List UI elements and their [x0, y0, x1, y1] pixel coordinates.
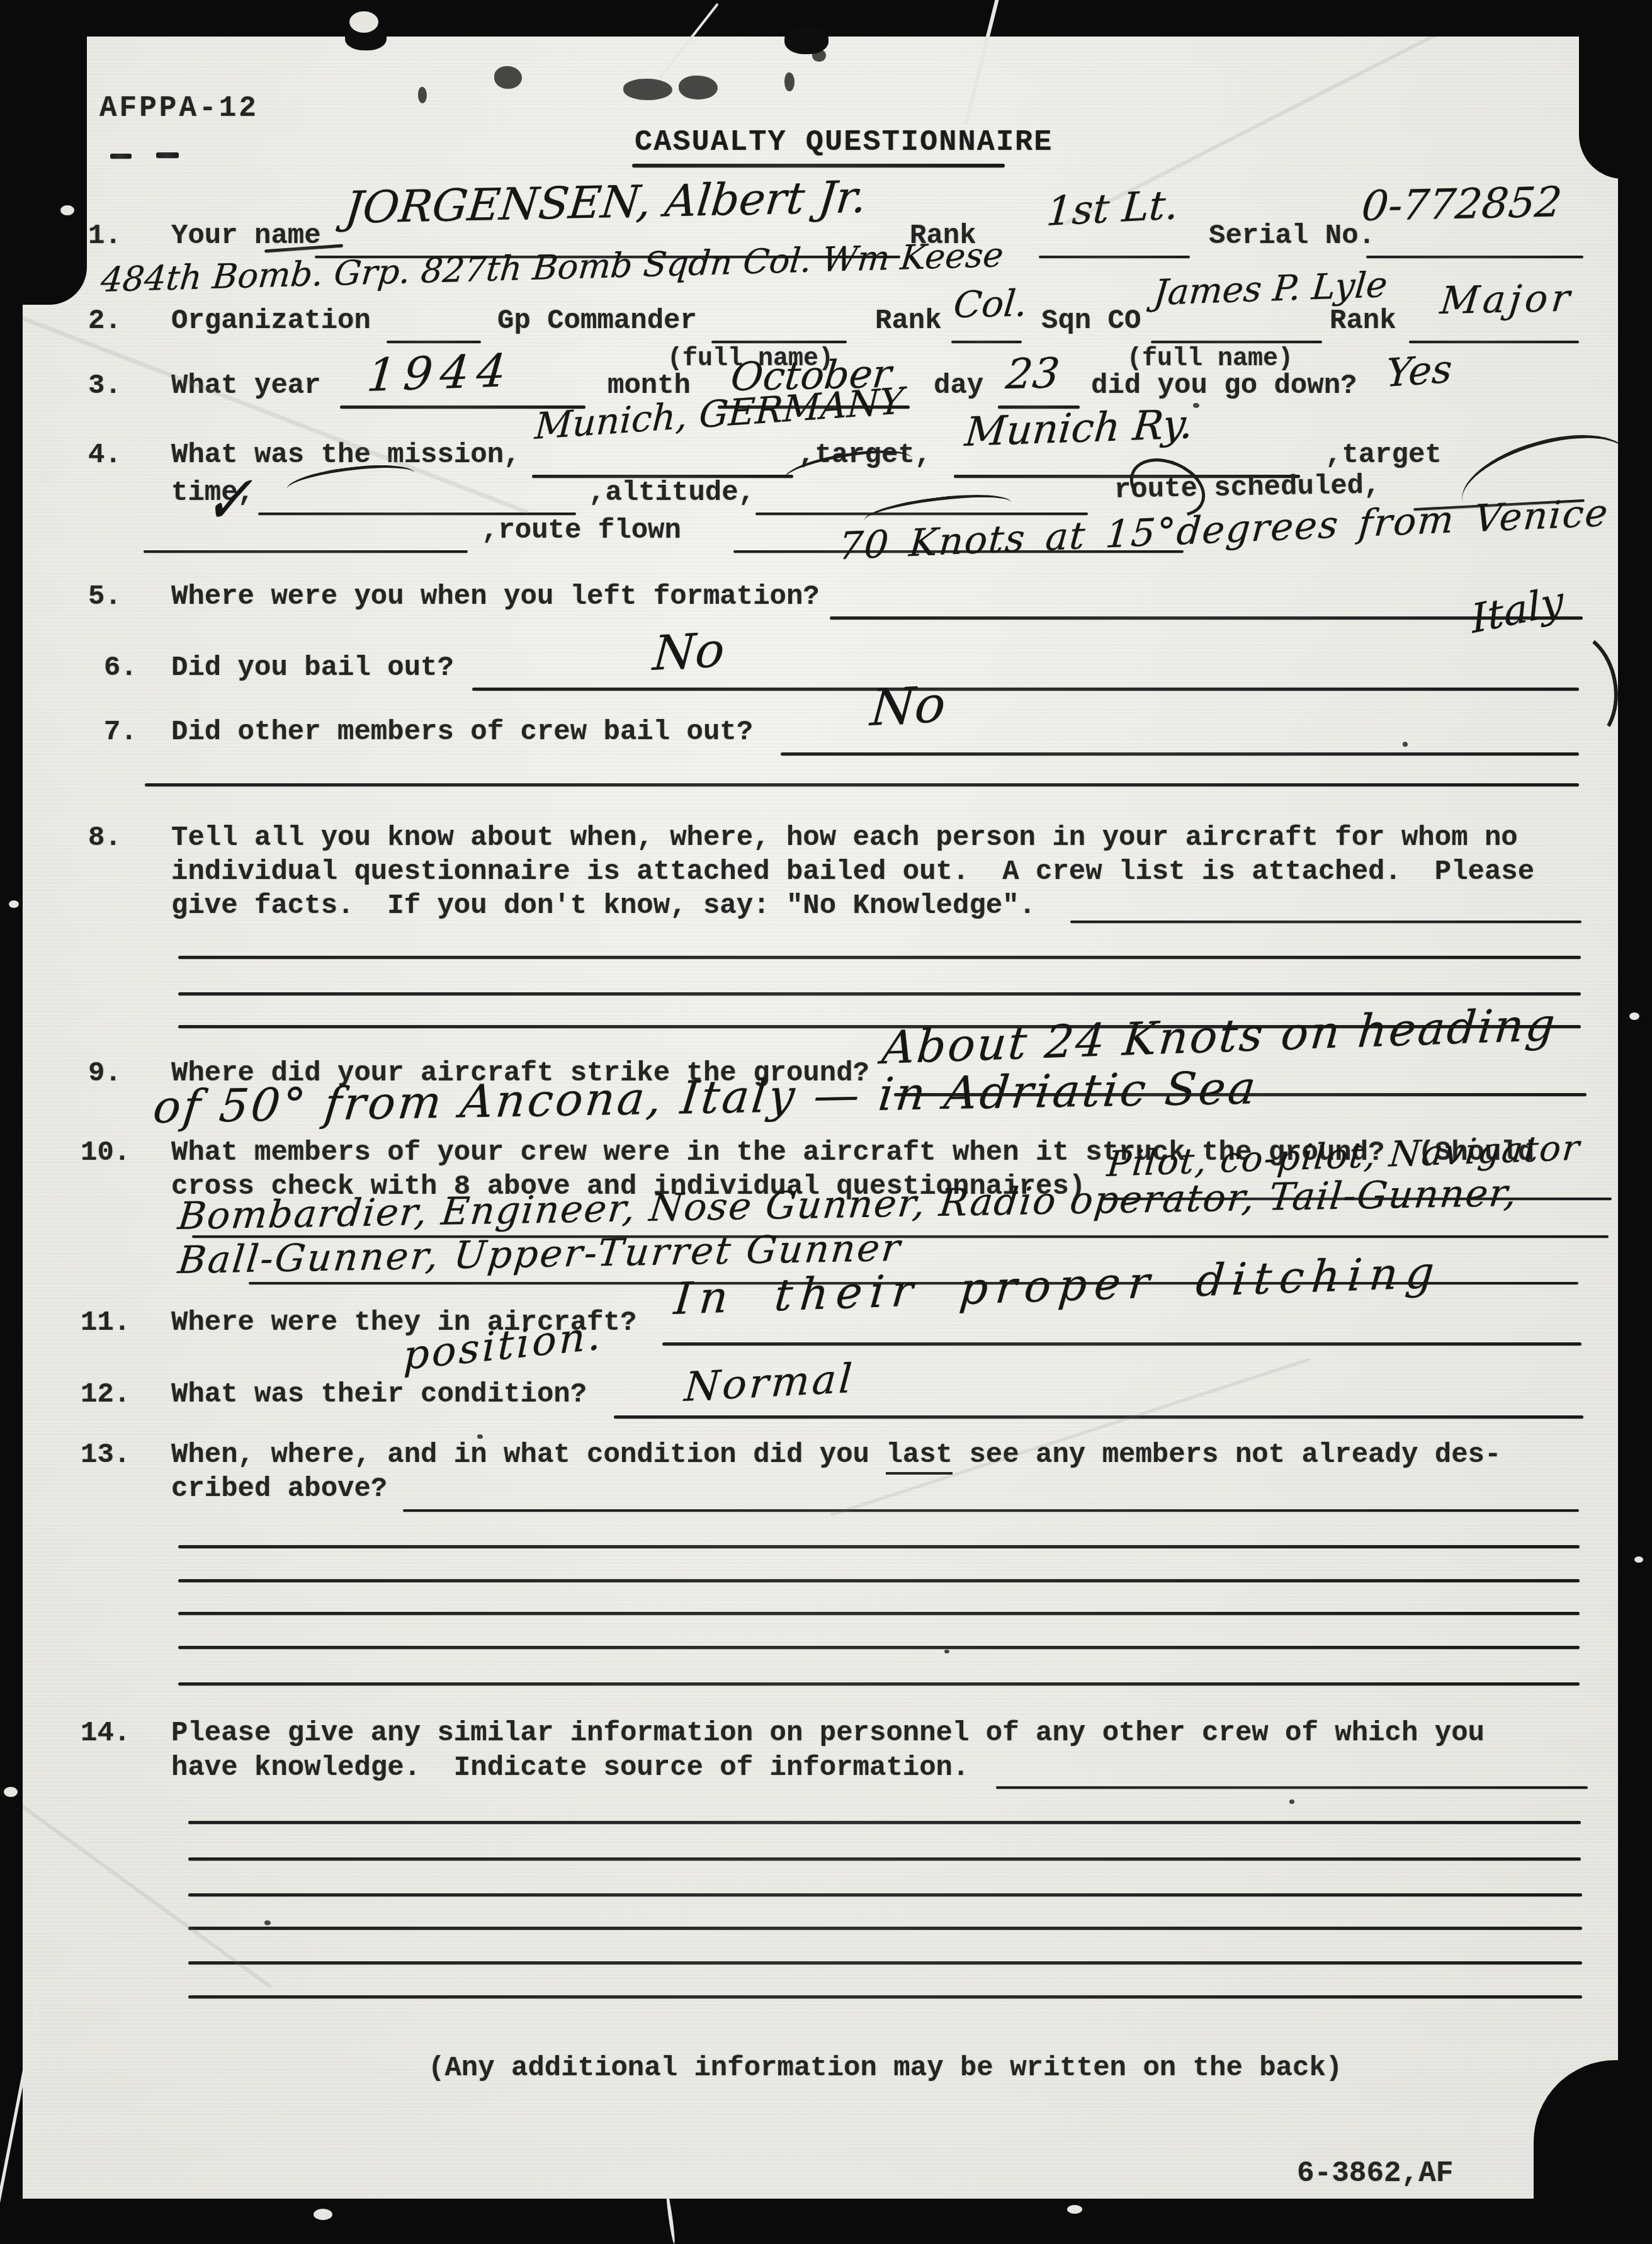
ink-smudge	[944, 1650, 949, 1653]
ink-smudge	[477, 1434, 483, 1439]
film-speck	[4, 1787, 18, 1797]
blank-line	[145, 783, 1579, 786]
q1-rank-line	[1039, 256, 1190, 258]
q14-line1: Please give any similar information on p…	[171, 1719, 1485, 1748]
film-speck	[9, 900, 19, 908]
ink-smudge	[784, 72, 795, 91]
blank-line	[188, 1995, 1582, 1998]
q2-rank2-line	[1409, 341, 1579, 343]
scan-border-top	[0, 0, 1652, 37]
film-speck	[38, 471, 54, 484]
ink-smudge	[264, 1920, 271, 1925]
q4-label-target2: ,target	[1325, 441, 1442, 470]
q13-line1-post: see any members not already des-	[953, 1439, 1501, 1471]
pen-checkmark: ✓	[201, 467, 254, 534]
q6-number: 6.	[104, 654, 137, 683]
q3-number: 3.	[88, 371, 122, 400]
blank-line	[188, 1821, 1581, 1824]
q2-answer-rank1: Col.	[952, 285, 1029, 323]
q2-label-rank2: Rank	[1330, 307, 1396, 336]
q1-number: 1.	[88, 222, 122, 251]
q6-label: Did you bail out?	[171, 654, 454, 683]
q2-answer-rank2: Major	[1439, 280, 1575, 320]
ink-smudge	[679, 76, 718, 99]
q12-number: 12.	[81, 1380, 130, 1409]
q7-number: 7.	[104, 718, 137, 747]
q8-line3: give facts. If you don't know, say: "No …	[171, 892, 1036, 921]
q2-answer-sqn-co: James P. Lyle	[1152, 268, 1389, 311]
q1-answer-name: JORGENSEN, Albert Jr.	[343, 175, 869, 230]
q3-answer-went-down: Yes	[1385, 349, 1453, 393]
q2-org-line	[387, 341, 481, 343]
q5-label: Where were you when you left formation?	[171, 582, 820, 611]
q5-number: 5.	[88, 582, 122, 611]
q1-label-your-name: Your name	[171, 222, 321, 251]
q2-label-organization: Organization	[171, 307, 371, 336]
page-title: CASUALTY QUESTIONNAIRE	[635, 127, 1053, 158]
ink-smudge	[1403, 742, 1408, 747]
scan-border-right	[1618, 0, 1652, 2244]
blank-line	[178, 956, 1581, 959]
blank-line	[178, 1682, 1580, 1686]
film-speck	[349, 11, 378, 33]
q13-line1: When, where, and in what condition did y…	[171, 1441, 1501, 1470]
pen-tail	[1522, 623, 1627, 754]
blank-line	[188, 1961, 1582, 1964]
q12-answer: Normal	[683, 1359, 856, 1408]
film-blob	[784, 26, 829, 54]
title-underline	[632, 164, 1005, 167]
q4-number: 4.	[88, 441, 122, 470]
q7-label: Did other members of crew bail out?	[171, 718, 753, 747]
q6-answer-line	[472, 688, 1579, 691]
scan-corner-bottom-right	[1534, 2060, 1652, 2244]
ink-smudge	[494, 66, 522, 89]
q2-number: 2.	[88, 307, 122, 336]
scan-corner-top-left	[0, 0, 87, 305]
q14-answer-line	[996, 1786, 1588, 1789]
q8-number: 8.	[88, 824, 122, 853]
q13-answer-line	[403, 1509, 1579, 1512]
blank-line	[178, 992, 1581, 995]
q12-label: What was their condition?	[171, 1380, 587, 1409]
blank-line	[178, 1646, 1580, 1649]
film-speck	[1629, 1012, 1639, 1020]
q2-label-sqn-co: Sqn CO	[1041, 307, 1141, 336]
q2-label-rank1: Rank	[875, 307, 942, 336]
q1-label-serial: Serial No.	[1209, 222, 1375, 251]
scan-border-left	[0, 0, 23, 2244]
q11-answer-line	[662, 1342, 1581, 1346]
q4-label-route-flown: ,route flown	[482, 516, 681, 545]
q14-number: 14.	[81, 1719, 130, 1748]
q2-rank1-line	[951, 341, 1022, 343]
q13-underlined-word: last	[886, 1439, 953, 1475]
film-speck	[1067, 2205, 1082, 2214]
q3-answer-day: 23	[1004, 353, 1061, 395]
q8-line1: Tell all you know about when, where, how…	[171, 824, 1518, 853]
q13-line2: cribed above?	[171, 1475, 387, 1504]
q9-answer-line1: About 24 Knots on heading	[880, 1002, 1559, 1070]
ink-smudge	[1289, 1799, 1294, 1804]
ink-smudge	[418, 87, 427, 103]
film-speck	[314, 2209, 332, 2220]
q3-label-day: day	[934, 371, 983, 400]
doc-number: 6-3862,AF	[1297, 2158, 1453, 2189]
q1-answer-serial: 0-772852	[1360, 181, 1564, 227]
scan-corner-top-right	[1579, 0, 1652, 179]
blank-line	[178, 1579, 1580, 1582]
q7-answer: No	[869, 679, 947, 734]
q4-label-altitude: ,altitude,	[589, 479, 755, 507]
q12-answer-line	[614, 1415, 1583, 1419]
film-speck	[1634, 1556, 1643, 1563]
q14-line2: have knowledge. Indicate source of infor…	[171, 1754, 969, 1782]
q2-label-gp-commander: Gp Commander	[497, 307, 697, 336]
q10-number: 10.	[81, 1138, 130, 1167]
form-number: AFPPA-12	[99, 93, 259, 123]
q1-serial-line	[1366, 256, 1583, 258]
film-speck	[60, 205, 74, 215]
blank-line	[188, 1893, 1582, 1896]
q5-answer-line	[830, 616, 1583, 620]
blank-line	[178, 1612, 1580, 1615]
q5-answer-line2: Italy	[1469, 581, 1565, 640]
blank-line	[188, 1857, 1581, 1861]
q8-answer-line	[1070, 921, 1581, 923]
casualty-questionnaire-scan: AFPPA-12 CASUALTY QUESTIONNAIRE 1. Your …	[0, 0, 1652, 2244]
q13-line1-pre: When, where, and in what condition did y…	[171, 1439, 886, 1471]
ink-smudge	[623, 79, 672, 100]
q2-sqn-line	[1151, 341, 1322, 343]
q9-number: 9.	[88, 1059, 122, 1088]
scan-border-bottom	[0, 2199, 1652, 2244]
q4-answer-mission: Munich, GERMANY	[534, 383, 905, 445]
footer-note: (Any additional information may be writt…	[428, 2054, 1342, 2083]
q2-gp-line	[711, 341, 847, 343]
form-number-dash	[110, 154, 132, 159]
q6-answer: No	[652, 626, 726, 677]
q11-number: 11.	[81, 1308, 130, 1337]
paper-crease	[830, 1358, 1310, 1517]
q7-answer-line	[781, 752, 1579, 756]
q4-answer-target: Munich Ry.	[963, 404, 1195, 453]
q2-full-name-hint: (full name)	[1127, 346, 1293, 373]
q4-line3-left	[144, 550, 468, 553]
q13-number: 13.	[81, 1441, 130, 1470]
q3-label-did-you-go-down: did you go down?	[1091, 371, 1357, 400]
blank-line	[188, 1927, 1582, 1930]
q8-line2: individual questionnaire is attached bai…	[171, 858, 1534, 887]
form-number-dash	[156, 152, 179, 158]
q3-answer-year: 1944	[365, 348, 515, 398]
blank-line	[178, 1545, 1580, 1548]
